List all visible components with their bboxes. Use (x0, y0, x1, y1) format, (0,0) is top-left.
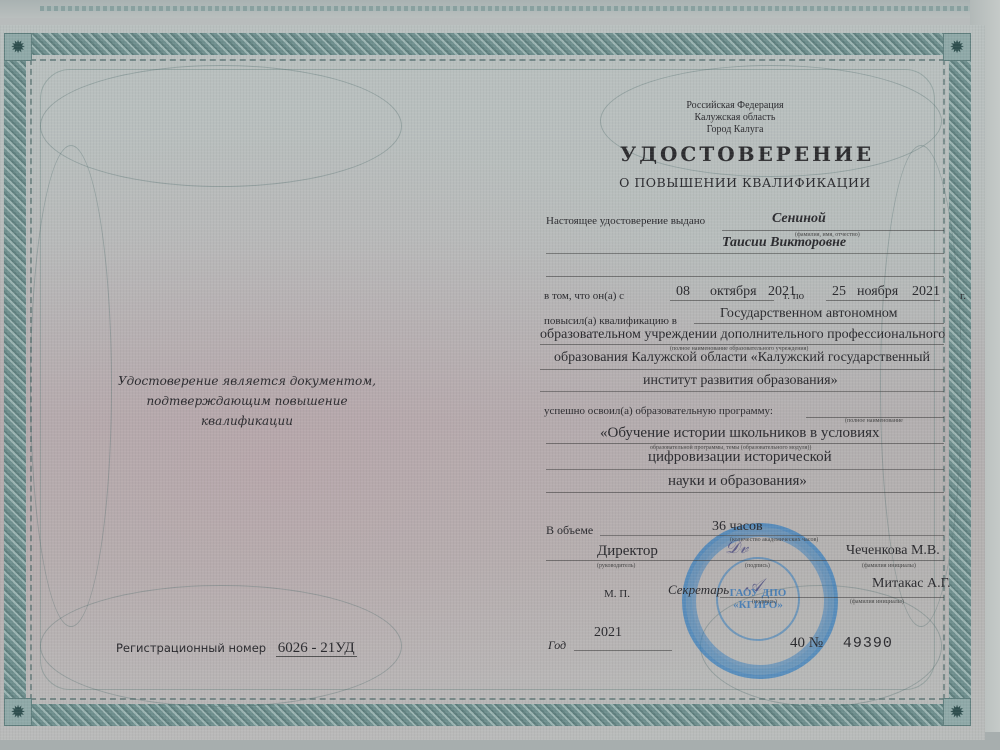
serial-number: 49390 (843, 635, 893, 652)
recipient-surname: Сениной (772, 211, 826, 227)
field-line (546, 560, 944, 561)
underlying-sheet (0, 0, 1000, 18)
secretary-signature: 𝒜 (745, 575, 762, 596)
director-signature: 𝒟𝓋 (725, 537, 748, 558)
start-day: 08 (676, 284, 690, 300)
field-line (546, 492, 944, 493)
period-label-mid: г. по (784, 290, 804, 302)
seal-place-label: М. П. (604, 588, 630, 600)
registration-label: Регистрационный номер (116, 641, 266, 655)
end-month: ноября (857, 284, 898, 300)
form-serial: 40 № 49390 (790, 635, 893, 652)
document-subtitle: О ПОВЫШЕНИИ КВАЛИФИКАЦИИ (615, 175, 875, 190)
field-line (722, 230, 944, 231)
field-hint: (подпись) (752, 599, 777, 605)
statement-line: подтверждающим повышение квалификации (112, 391, 382, 431)
volume-value: 36 часов (712, 519, 763, 535)
field-line (540, 344, 944, 345)
year-value: 2021 (594, 625, 622, 641)
period-label-suffix: г. (960, 290, 966, 302)
year-label: Год (548, 638, 566, 653)
end-day: 25 (832, 284, 846, 300)
field-line (540, 369, 944, 370)
director-name: Чеченкова М.В. (846, 543, 940, 559)
issuer-region: Калужская область (660, 112, 810, 124)
end-year: 2021 (912, 284, 940, 300)
period-label: в том, что он(а) с (544, 290, 624, 302)
registration-number: Регистрационный номер 6026 - 21УД (116, 640, 357, 657)
program-title-line: цифровизации исторической (648, 449, 832, 466)
volume-label: В объеме (546, 523, 593, 538)
start-month: октября (710, 284, 757, 300)
secretary-name: Митакас А.Г. (872, 576, 951, 592)
field-hint: (подпись) (745, 563, 770, 569)
field-line (600, 535, 944, 536)
institution-line: институт развития образования» (643, 373, 838, 389)
guilloche-pattern (40, 65, 402, 187)
field-line (826, 300, 940, 301)
institution-line: образования Калужской области «Калужский… (554, 350, 930, 366)
secretary-role: Секретарь (668, 582, 729, 598)
field-hint: (фамилия инициалы) (862, 563, 916, 569)
program-title-line: «Обучение истории школьников в условиях (600, 425, 880, 442)
corner-rosette-icon: ✹ (4, 698, 32, 726)
recipient-given-names: Таисии Викторовне (722, 235, 846, 251)
field-hint: (руководитель) (597, 563, 635, 569)
field-line (546, 253, 944, 254)
director-role: Директор (597, 543, 658, 560)
field-line (546, 469, 944, 470)
document-title: УДОСТОВЕРЕНИЕ (620, 142, 870, 166)
issuer-country: Российская Федерация (660, 100, 810, 112)
program-title-line: науки и образования» (668, 473, 807, 490)
field-line (720, 597, 944, 598)
field-line (670, 300, 774, 301)
institution-label: повысил(а) квалификацию в (544, 315, 677, 327)
field-line (546, 276, 944, 277)
field-line (574, 650, 672, 651)
recipient-label: Настоящее удостоверение выдано (546, 215, 705, 227)
program-label: успешно освоил(а) образовательную програ… (544, 405, 773, 417)
field-line (546, 443, 944, 444)
statement-line: Удостоверение является документом, (112, 371, 382, 391)
corner-rosette-icon: ✹ (943, 33, 971, 61)
issuer-city: Город Калуга (660, 124, 810, 136)
field-line (694, 323, 944, 324)
serial-series: 40 № (790, 635, 823, 651)
field-hint: (полное наименование (845, 418, 903, 424)
corner-rosette-icon: ✹ (4, 33, 32, 61)
registration-value: 6026 - 21УД (276, 640, 357, 657)
issuer-block: Российская Федерация Калужская область Г… (660, 100, 810, 136)
corner-rosette-icon: ✹ (943, 698, 971, 726)
field-hint: (фамилия инициалы) (850, 599, 904, 605)
validity-statement: Удостоверение является документом, подтв… (112, 371, 382, 431)
certificate: ✹ ✹ ✹ ✹ Удостоверение является документо… (0, 25, 985, 740)
institution-line: Государственном автономном (720, 306, 897, 322)
field-line (540, 391, 944, 392)
guilloche-pattern (30, 145, 112, 627)
institution-line: образовательном учреждении дополнительно… (540, 327, 945, 343)
underlying-border (40, 6, 980, 11)
